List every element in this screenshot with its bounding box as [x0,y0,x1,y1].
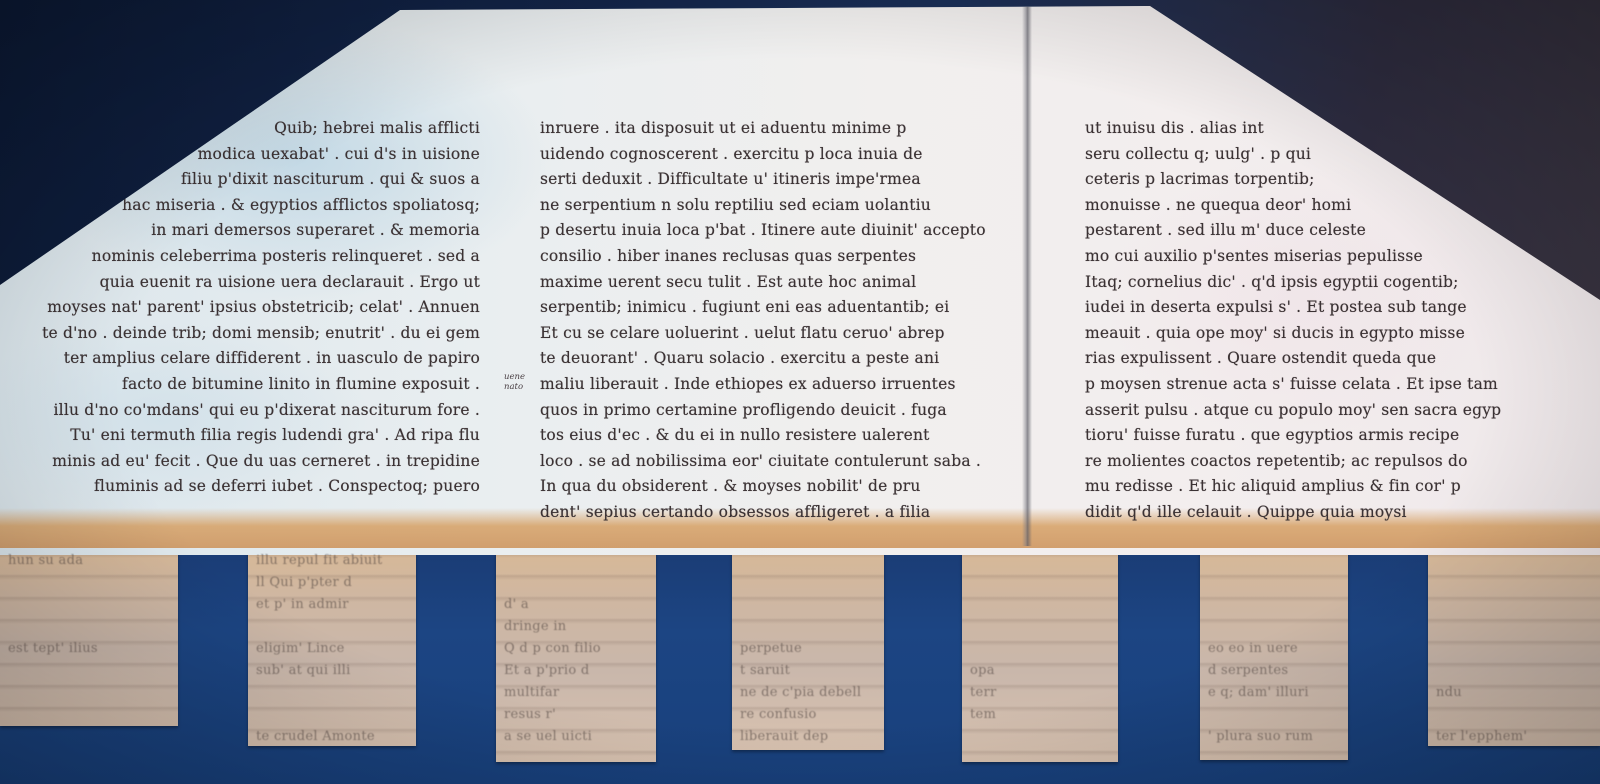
manuscript-strip-7: ndu ter l'epphem'unde quos [1428,536,1600,746]
strip-text: perpetuet saruitne de c'pia debellre con… [732,536,884,748]
strip-text: eo eo in uered serpentese q; dam' illuri… [1200,536,1348,748]
text-line: quia euenit ra uisione uera declarauit .… [20,270,480,296]
manuscript-strip-3: d' adringe inQ d p con filioEt a p'prio … [496,536,656,762]
text-line: illu d'no co'mdans' qui eu p'dixerat nas… [20,398,480,424]
text-line: ut inuisu dis . alias int [1085,116,1555,142]
text-line: pestarent . sed illu m' duce celeste [1085,218,1555,244]
text-line: inruere . ita disposuit ut ei aduentu mi… [540,116,1005,142]
strip-text: d' adringe inQ d p con filioEt a p'prio … [496,536,656,748]
text-line: serpentib; inimicu . fugiunt eni eas adu… [540,295,1005,321]
text-line: Itaq; cornelius dic' . q'd ipsis egyptii… [1085,270,1555,296]
text-line: meauit . quia ope moy' si ducis in egypt… [1085,321,1555,347]
text-line: serti deduxit . Difficultate u' itineris… [540,167,1005,193]
text-line: monuisse . ne quequa deor' homi [1085,193,1555,219]
text-line: mo cui auxilio p'sentes miserias pepulis… [1085,244,1555,270]
text-column-left: Quib; hebrei malis afflicti modica uexab… [20,116,480,500]
text-line: seru collectu q; uulg' . p qui [1085,142,1555,168]
text-column-right: ut inuisu dis . alias int seru collectu … [1085,116,1555,526]
text-line: maxime uerent secu tulit . Est aute hoc … [540,270,1005,296]
text-line: iudei in deserta expulsi s' . Et postea … [1085,295,1555,321]
text-line: moyses nat' parent' ipsius obstetricib; … [20,295,480,321]
manuscript-strip-6: eo eo in uered serpentese q; dam' illuri… [1200,536,1348,760]
photo-scene: hun su ada est tept' ilius illu repul fi… [0,0,1600,784]
text-line: Tu' eni termuth filia regis ludendi gra'… [20,423,480,449]
text-line: p moysen strenue acta s' fuisse celata .… [1085,372,1555,398]
text-line: re molientes coactos repetentib; ac repu… [1085,449,1555,475]
text-line: Et cu se celare uoluerint . uelut flatu … [540,321,1005,347]
text-line: tos eius d'ec . & du ei in nullo resiste… [540,423,1005,449]
text-line: uidendo cognoscerent . exercitu p loca i… [540,142,1005,168]
text-line: fluminis ad se deferri iubet . Conspecto… [20,474,480,500]
text-line: nominis celeberrima posteris relinqueret… [20,244,480,270]
text-line: p desertu inuia loca p'bat . Itinere aut… [540,218,1005,244]
text-line: minis ad eu' fecit . Que du uas cerneret… [20,449,480,475]
text-line: ceteris p lacrimas torpentib; [1085,167,1555,193]
strip-text: illu repul fit abiuitll Qui p'pter det p… [248,536,416,746]
text-line: ter amplius celare diffiderent . in uasc… [20,346,480,372]
text-line: modica uexabat' . cui d's in uisione [20,142,480,168]
text-line: didit q'd ille celauit . Quippe quia moy… [1085,500,1555,526]
text-line: te d'no . deinde trib; domi mensib; enut… [20,321,480,347]
strip-text: ndu ter l'epphem'unde quos [1428,536,1600,746]
manuscript-strip-5: opaterrtem [962,536,1118,762]
manuscript-strip-2: illu repul fit abiuitll Qui p'pter det p… [248,536,416,746]
text-line: loco . se ad nobilissima eor' ciuitate c… [540,449,1005,475]
strip-text: opaterrtem [962,536,1118,726]
text-line: te deuorant' . Quaru solacio . exercitu … [540,346,1005,372]
text-line: asserit pulsu . atque cu populo moy' sen… [1085,398,1555,424]
text-line: hac miseria . & egyptios afflictos spoli… [20,193,480,219]
text-line: quos in primo certamine profligendo deui… [540,398,1005,424]
text-line: in mari demersos superaret . & memoria [20,218,480,244]
text-line: facto de bitumine linito in flumine expo… [20,372,480,398]
strip-text: hun su ada est tept' ilius [0,536,178,660]
text-line: rias expulissent . Quare ostendit queda … [1085,346,1555,372]
text-line: Quib; hebrei malis afflicti [20,116,480,142]
text-line: ne serpentium n solu reptiliu sed eciam … [540,193,1005,219]
manuscript-strip-1: hun su ada est tept' ilius [0,536,178,726]
text-line: filiu p'dixit nasciturum . qui & suos a [20,167,480,193]
leaf-fold-line [1022,6,1032,546]
text-line: mu redisse . Et hic aliquid amplius & fi… [1085,474,1555,500]
marginal-note: uene nato [504,372,525,392]
text-line: In qua du obsiderent . & moyses nobilit'… [540,474,1005,500]
manuscript-strip-4: perpetuet saruitne de c'pia debellre con… [732,536,884,750]
text-column-middle: inruere . ita disposuit ut ei aduentu mi… [540,116,1005,526]
text-line: consilio . hiber inanes reclusas quas se… [540,244,1005,270]
text-line: dent' sepius certando obsessos affligere… [540,500,1005,526]
text-line: tioru' fuisse furatu . que egyptios armi… [1085,423,1555,449]
text-line: maliu liberauit . Inde ethiopes ex aduer… [540,372,1005,398]
